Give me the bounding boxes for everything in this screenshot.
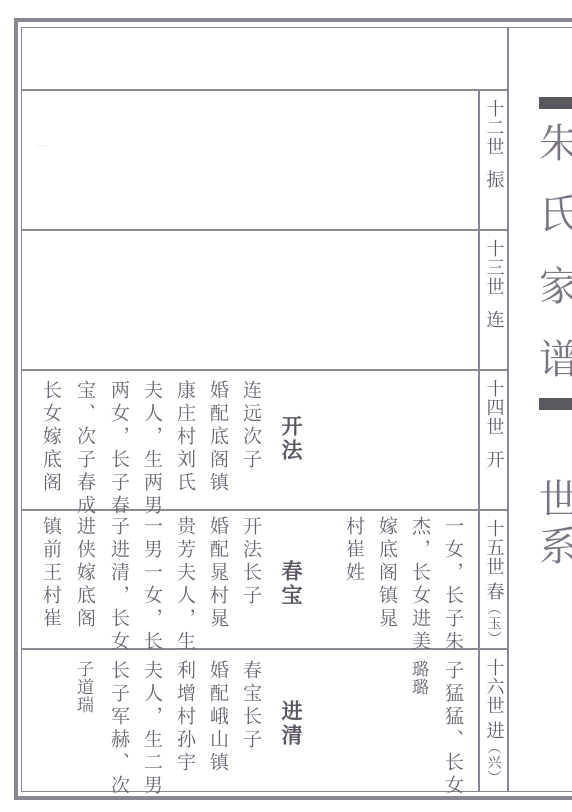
bio-column: 连远次子 — [238, 380, 264, 472]
bio-column: 一男一女，长 — [139, 516, 165, 654]
bio-column: 进侠嫁底阁 — [72, 516, 98, 631]
bio-column: 夫人，生两男 — [139, 380, 165, 518]
bio-column: 利增村孙宇 — [172, 660, 198, 775]
generation-name: 振 — [481, 170, 507, 189]
scan-speck: · · · — [38, 143, 48, 150]
generation-cell-14: 十四世 开 — [479, 371, 508, 509]
generation-name: 进 — [481, 721, 507, 740]
row-rule-5 — [21, 648, 508, 650]
generation-name: 春 — [481, 582, 507, 601]
title-char: 谱 — [539, 328, 572, 385]
person-name-jinqing: 进清 — [276, 700, 306, 748]
bio-column: 宝、次子春成 — [72, 380, 98, 518]
bio-column: 镇前王村崔 — [38, 516, 64, 631]
bio-column: 两女，长子春 — [106, 380, 132, 518]
generation-cell-12: 十二世 振 — [479, 91, 508, 229]
title-char: 家 — [539, 255, 572, 312]
row-rule-1 — [21, 89, 508, 91]
bio-column: 贵芳夫人，生 — [172, 516, 198, 654]
generation-cell-16: 十六世 进 （兴） — [479, 650, 508, 791]
bio-column: 开法长子 — [238, 516, 264, 608]
row-rule-3 — [21, 369, 508, 371]
generation-label: 十二世 — [481, 99, 507, 156]
title-banner-top-bar — [539, 97, 572, 109]
bio-column: 子道瑞 — [72, 660, 94, 714]
person-name-kaifa: 开法 — [276, 415, 306, 463]
bio-column: 康庄村刘氏 — [172, 380, 198, 495]
generation-name: 开 — [481, 450, 507, 469]
bio-column: 长女嫁底阁 — [38, 380, 64, 495]
person-name-chunbao: 春宝 — [276, 560, 306, 608]
bio-column: 婚配峨山镇 — [205, 660, 231, 775]
section-char: 系 — [539, 515, 572, 572]
bio-continuation-column: 嫁底阁镇晁 — [374, 516, 400, 631]
generation-label: 十四世 — [481, 379, 507, 436]
bio-column: 夫人，生二男 — [139, 660, 165, 798]
bio-column: 婚配底阁镇 — [205, 380, 231, 495]
generation-alt-name: （兴） — [484, 740, 504, 785]
generation-cell-13: 十三世 连 — [479, 231, 508, 369]
bio-column: 长子军赫、次 — [106, 660, 132, 798]
bio-continuation-column: 村崔姓 — [341, 516, 367, 585]
bio-continuation-column: 子猛猛、长女 — [440, 660, 466, 798]
title-char: 氏 — [539, 183, 572, 240]
bio-column: 春宝长子 — [238, 660, 264, 752]
generation-name: 连 — [481, 310, 507, 329]
generation-label: 十三世 — [481, 239, 507, 296]
generation-alt-name: （玉） — [484, 601, 504, 646]
bio-column: 婚配晁村晁 — [205, 516, 231, 631]
generation-label: 十六世 — [481, 658, 507, 715]
title-char: 朱 — [539, 112, 572, 169]
bio-column: 子进清，长女 — [106, 516, 132, 654]
bio-continuation-column: 一女，长子朱 — [440, 516, 466, 654]
generation-label: 十五世 — [481, 519, 507, 576]
title-banner-bottom-bar — [539, 398, 572, 410]
bio-continuation-column: 杰，长女进美 — [407, 516, 433, 654]
bio-continuation-column: 璐璐 — [407, 660, 429, 696]
generation-cell-15: 十五世 春 （玉） — [479, 511, 508, 648]
row-rule-2 — [21, 229, 508, 231]
